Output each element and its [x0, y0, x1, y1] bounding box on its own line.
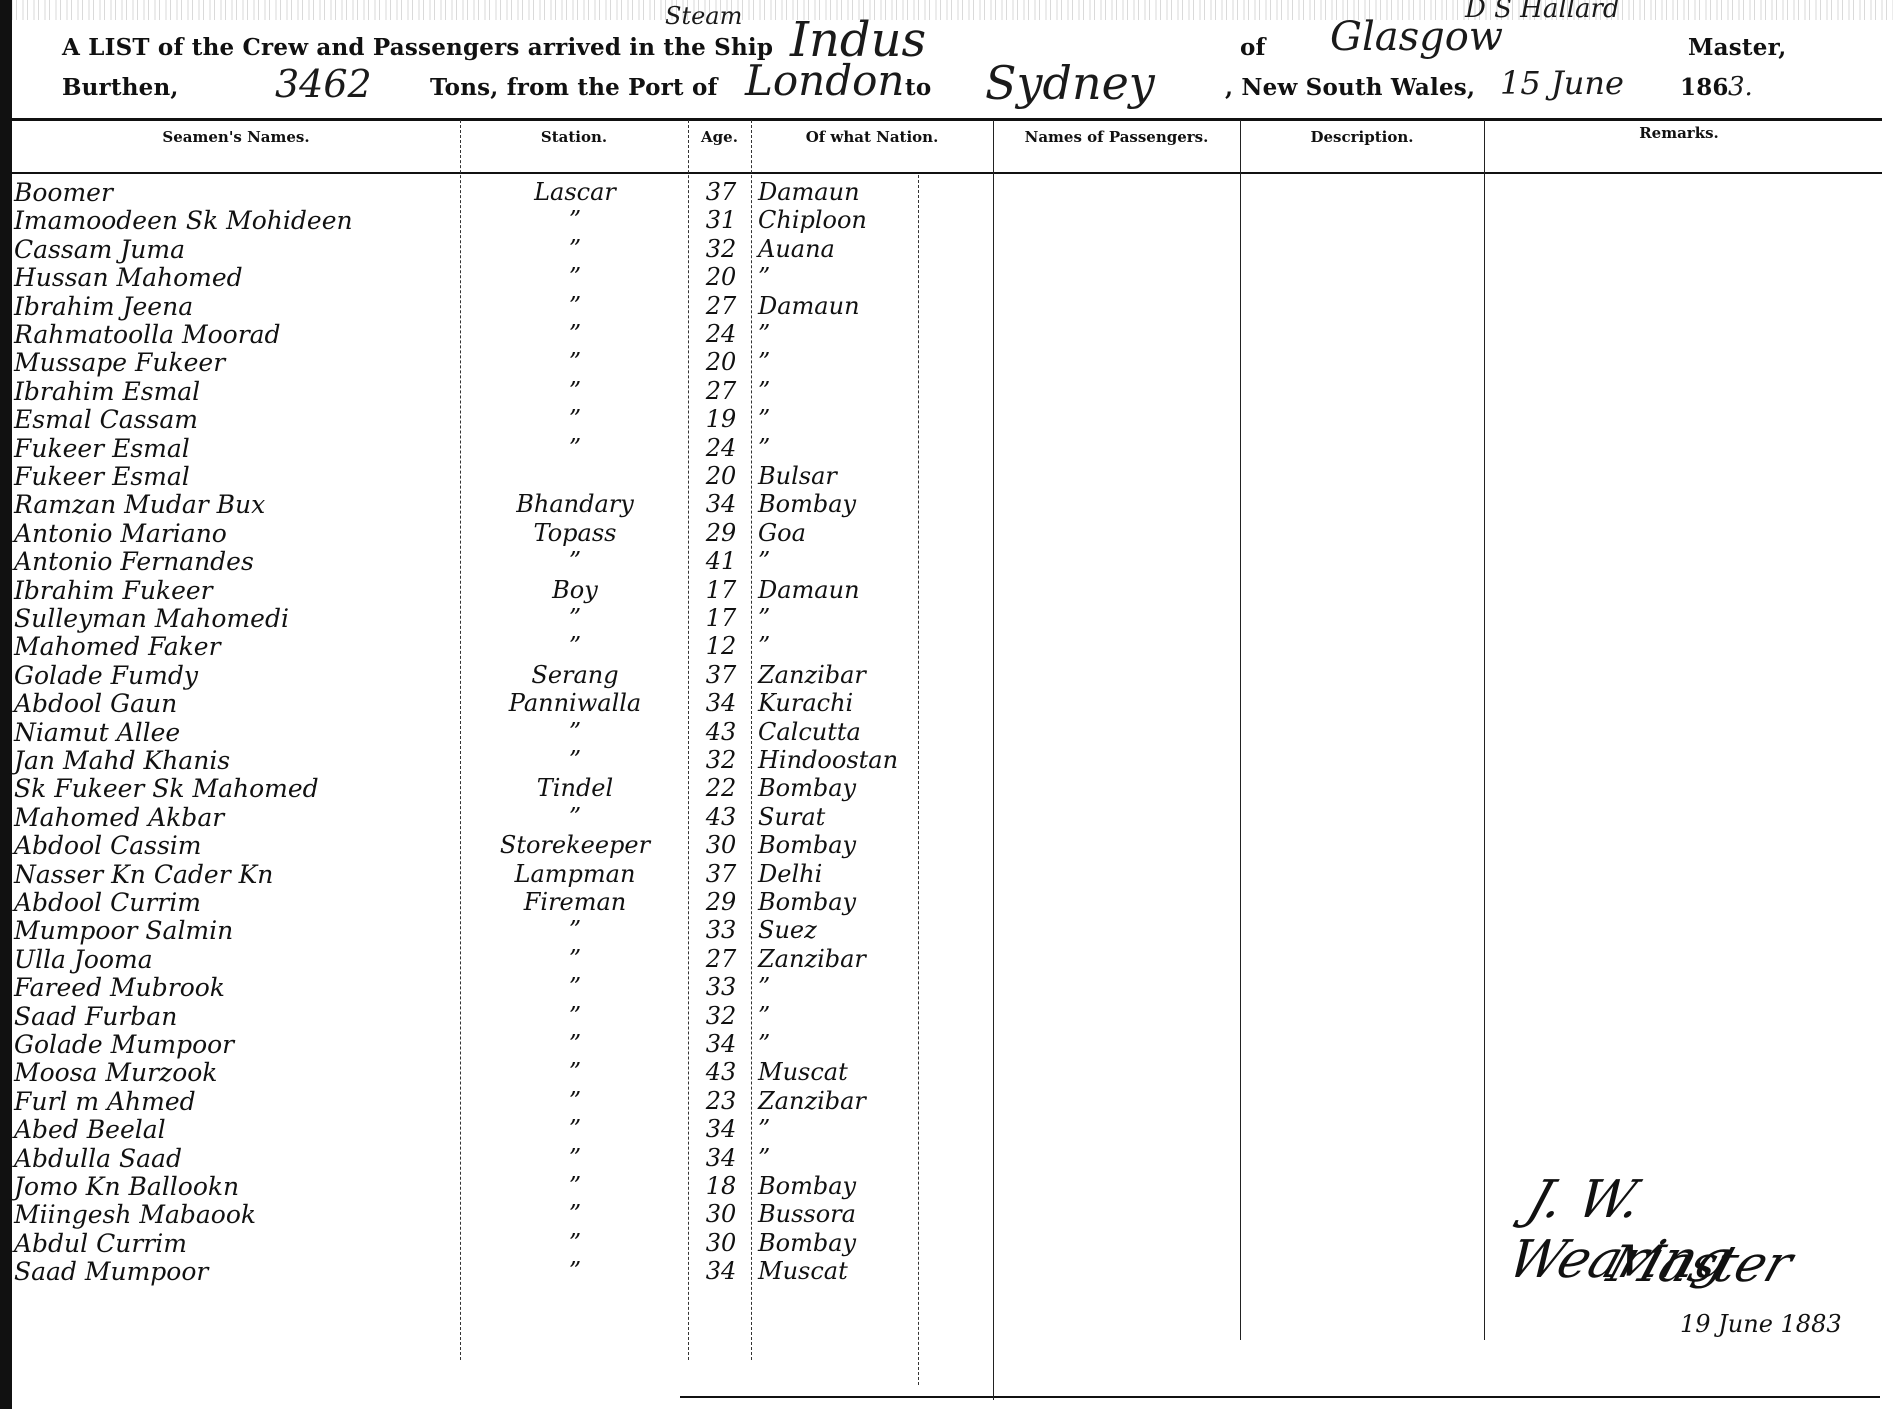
crew-station: ”: [462, 1257, 688, 1285]
crew-nation: Damaun: [752, 576, 948, 604]
crew-age: 34: [690, 1257, 752, 1285]
crew-row: Golade Mumpoor”34”: [0, 1030, 1000, 1060]
crew-row: Hussan Mahomed”20”: [0, 263, 1000, 293]
crew-nation: ”: [752, 348, 948, 376]
crew-nation: Kurachi: [752, 689, 948, 717]
column-header-age: Age.: [688, 128, 751, 146]
burthen-tons-handwritten: 3462: [275, 62, 372, 106]
crew-row: Sk Fukeer Sk MahomedTindel22Bombay: [0, 774, 1000, 804]
crew-station: ”: [462, 292, 688, 320]
crew-row: Abdulla Saad”34”: [0, 1144, 1000, 1174]
master-signature: J. W. Wearing Master 19 June 1883: [1520, 1170, 1860, 1380]
crew-station: ”: [462, 1058, 688, 1086]
crew-row: Miingesh Mabaook”30Bussora: [0, 1200, 1000, 1230]
crew-name: Golade Fumdy: [14, 661, 198, 690]
crew-name: Fukeer Esmal: [14, 434, 190, 463]
crew-station: ”: [462, 945, 688, 973]
crew-age: 34: [690, 1115, 752, 1143]
crew-nation: ”: [752, 1030, 948, 1058]
crew-age: 32: [690, 746, 752, 774]
crew-row: Abdul Currim”30Bombay: [0, 1229, 1000, 1259]
crew-age: 29: [690, 519, 752, 547]
crew-station: ”: [462, 1172, 688, 1200]
crew-nation: ”: [752, 263, 948, 291]
crew-row: Jomo Kn Ballookn”18Bombay: [0, 1172, 1000, 1202]
crew-name: Imamoodeen Sk Mohideen: [14, 206, 353, 235]
crew-station: ”: [462, 604, 688, 632]
crew-name: Abed Beelal: [14, 1115, 166, 1144]
crew-row: Imamoodeen Sk Mohideen”31Chiploon: [0, 206, 1000, 236]
crew-row: Rahmatoolla Moorad”24”: [0, 320, 1000, 350]
column-header-rule: [12, 172, 1882, 174]
crew-nation: ”: [752, 434, 948, 462]
crew-name: Jomo Kn Ballookn: [14, 1172, 239, 1201]
crew-nation: Auana: [752, 235, 948, 263]
crew-nation: Hindoostan: [752, 746, 948, 774]
crew-age: 23: [690, 1087, 752, 1115]
crew-station: Lascar: [462, 178, 688, 206]
crew-nation: Calcutta: [752, 718, 948, 746]
crew-nation: ”: [752, 604, 948, 632]
crew-age: 20: [690, 462, 752, 490]
crew-nation: ”: [752, 973, 948, 1001]
tons-from-label: Tons, from the Port of: [430, 74, 718, 101]
crew-row: Esmal Cassam”19”: [0, 405, 1000, 435]
crew-nation: Zanzibar: [752, 945, 948, 973]
crew-name: Ibrahim Esmal: [14, 377, 200, 406]
year-digit-handwritten: 3.: [1728, 72, 1753, 102]
crew-station: ”: [462, 348, 688, 376]
crew-nation: ”: [752, 1144, 948, 1172]
crew-nation: ”: [752, 547, 948, 575]
crew-nation: ”: [752, 1002, 948, 1030]
crew-row: Cassam Juma”32Auana: [0, 235, 1000, 265]
crew-row: Fukeer Esmal”24”: [0, 434, 1000, 464]
crew-row: Antonio MarianoTopass29Goa: [0, 519, 1000, 549]
crew-station: ”: [462, 1002, 688, 1030]
crew-station: ”: [462, 405, 688, 433]
of-label: of: [1240, 34, 1266, 61]
header-line1-text: A LIST of the Crew and Passengers arrive…: [62, 34, 773, 61]
crew-age: 32: [690, 235, 752, 263]
crew-name: Golade Mumpoor: [14, 1030, 234, 1059]
crew-name: Mahomed Akbar: [14, 803, 224, 832]
crew-row: Abed Beelal”34”: [0, 1115, 1000, 1145]
crew-name: Abdool Gaun: [14, 689, 177, 718]
crew-row: Antonio Fernandes”41”: [0, 547, 1000, 577]
crew-age: 24: [690, 320, 752, 348]
crew-nation: Bulsar: [752, 462, 948, 490]
crew-row: Mussape Fukeer”20”: [0, 348, 1000, 378]
crew-name: Nasser Kn Cader Kn: [14, 860, 273, 889]
crew-station: Boy: [462, 576, 688, 604]
column-header-description: Description.: [1240, 128, 1484, 146]
crew-station: ”: [462, 1144, 688, 1172]
crew-row: Mumpoor Salmin”33Suez: [0, 916, 1000, 946]
crew-row: BoomerLascar37Damaun: [0, 178, 1000, 208]
to-port-handwritten: Sydney: [985, 56, 1155, 110]
crew-age: 22: [690, 774, 752, 802]
crew-nation: Chiploon: [752, 206, 948, 234]
crew-station: Lampman: [462, 860, 688, 888]
crew-nation: Muscat: [752, 1058, 948, 1086]
crew-station: ”: [462, 1229, 688, 1257]
crew-name: Fukeer Esmal: [14, 462, 190, 491]
crew-name: Abdul Currim: [14, 1229, 187, 1258]
crew-age: 27: [690, 377, 752, 405]
crew-station: ”: [462, 1115, 688, 1143]
crew-age: 34: [690, 1030, 752, 1058]
crew-station: ”: [462, 263, 688, 291]
divider-description: [1240, 120, 1241, 1340]
signature-title-handwritten: Master: [1601, 1235, 1800, 1293]
crew-nation: Bombay: [752, 888, 948, 916]
column-header-station: Station.: [460, 128, 688, 146]
crew-row: Ulla Jooma”27Zanzibar: [0, 945, 1000, 975]
crew-nation: ”: [752, 377, 948, 405]
crew-row: Ramzan Mudar BuxBhandary34Bombay: [0, 490, 1000, 520]
crew-nation: Bombay: [752, 490, 948, 518]
crew-age: 27: [690, 292, 752, 320]
crew-age: 20: [690, 348, 752, 376]
crew-station: ”: [462, 718, 688, 746]
crew-name: Ulla Jooma: [14, 945, 153, 974]
to-label: to: [905, 74, 931, 101]
crew-row: Saad Mumpoor”34Muscat: [0, 1257, 1000, 1287]
crew-age: 33: [690, 973, 752, 1001]
crew-station: ”: [462, 803, 688, 831]
crew-age: 17: [690, 576, 752, 604]
ship-type-handwritten: Steam: [665, 2, 742, 30]
crew-nation: ”: [752, 320, 948, 348]
crew-age: 37: [690, 860, 752, 888]
crew-name: Abdulla Saad: [14, 1144, 182, 1173]
arrival-date-handwritten: 15 June: [1500, 64, 1624, 102]
crew-station: ”: [462, 235, 688, 263]
crew-row: Ibrahim FukeerBoy17Damaun: [0, 576, 1000, 606]
crew-name: Hussan Mahomed: [14, 263, 243, 292]
crew-station: Topass: [462, 519, 688, 547]
crew-name: Cassam Juma: [14, 235, 185, 264]
crew-name: Esmal Cassam: [14, 405, 198, 434]
crew-name: Ramzan Mudar Bux: [14, 490, 265, 519]
crew-name: Antonio Fernandes: [14, 547, 254, 576]
crew-row: Ibrahim Jeena”27Damaun: [0, 292, 1000, 322]
crew-name: Mumpoor Salmin: [14, 916, 233, 945]
crew-name: Abdool Currim: [14, 888, 201, 917]
column-header-passenger-names: Names of Passengers.: [993, 128, 1240, 146]
crew-name: Miingesh Mabaook: [14, 1200, 256, 1229]
crew-age: 12: [690, 632, 752, 660]
master-label: Master,: [1688, 34, 1786, 61]
crew-age: 34: [690, 1144, 752, 1172]
crew-name: Sk Fukeer Sk Mahomed: [14, 774, 319, 803]
crew-station: Fireman: [462, 888, 688, 916]
crew-nation: Delhi: [752, 860, 948, 888]
crew-name: Furl m Ahmed: [14, 1087, 196, 1116]
from-port-handwritten: London: [745, 56, 904, 105]
crew-row: Golade FumdySerang37Zanzibar: [0, 661, 1000, 691]
crew-age: 41: [690, 547, 752, 575]
crew-name: Moosa Murzook: [14, 1058, 217, 1087]
crew-station: Tindel: [462, 774, 688, 802]
crew-station: ”: [462, 434, 688, 462]
crew-nation: Damaun: [752, 292, 948, 320]
crew-age: 19: [690, 405, 752, 433]
crew-name: Boomer: [14, 178, 113, 207]
crew-station: ”: [462, 916, 688, 944]
crew-nation: Bombay: [752, 1172, 948, 1200]
crew-age: 30: [690, 1200, 752, 1228]
crew-station: Serang: [462, 661, 688, 689]
crew-row: Fareed Mubrook”33”: [0, 973, 1000, 1003]
crew-nation: Goa: [752, 519, 948, 547]
crew-age: 37: [690, 661, 752, 689]
crew-row: Abdool GaunPanniwalla34Kurachi: [0, 689, 1000, 719]
crew-nation: Surat: [752, 803, 948, 831]
crew-age: 31: [690, 206, 752, 234]
crew-row: Ibrahim Esmal”27”: [0, 377, 1000, 407]
crew-name: Antonio Mariano: [14, 519, 227, 548]
crew-nation: Zanzibar: [752, 661, 948, 689]
year-printed: 186: [1680, 74, 1729, 101]
crew-age: 17: [690, 604, 752, 632]
crew-name: Niamut Allee: [14, 718, 180, 747]
burthen-label: Burthen,: [62, 74, 179, 101]
crew-age: 43: [690, 718, 752, 746]
column-header-remarks: Remarks.: [1484, 124, 1874, 142]
crew-row: Saad Furban”32”: [0, 1002, 1000, 1032]
divider-remarks: [1484, 120, 1485, 1340]
crew-row: Mahomed Faker”12”: [0, 632, 1000, 662]
crew-nation: Damaun: [752, 178, 948, 206]
crew-row: Abdool CurrimFireman29Bombay: [0, 888, 1000, 918]
crew-row: Niamut Allee”43Calcutta: [0, 718, 1000, 748]
crew-nation: Bombay: [752, 1229, 948, 1257]
crew-station: ”: [462, 973, 688, 1001]
crew-age: 30: [690, 1229, 752, 1257]
crew-station: ”: [462, 547, 688, 575]
crew-nation: ”: [752, 1115, 948, 1143]
crew-nation: ”: [752, 405, 948, 433]
crew-row: Nasser Kn Cader KnLampman37Delhi: [0, 860, 1000, 890]
new-south-wales-label: , New South Wales,: [1225, 74, 1475, 101]
crew-name: Saad Furban: [14, 1002, 177, 1031]
crew-station: Panniwalla: [462, 689, 688, 717]
crew-name: Ibrahim Jeena: [14, 292, 193, 321]
crew-nation: Zanzibar: [752, 1087, 948, 1115]
crew-age: 33: [690, 916, 752, 944]
master-name-handwritten: D S Hallard: [1465, 0, 1620, 24]
crew-age: 30: [690, 831, 752, 859]
column-header-nation: Of what Nation.: [751, 128, 993, 146]
crew-row: Jan Mahd Khanis”32Hindoostan: [0, 746, 1000, 776]
crew-name: Mussape Fukeer: [14, 348, 225, 377]
crew-station: ”: [462, 746, 688, 774]
crew-nation: Bombay: [752, 774, 948, 802]
crew-name: Abdool Cassim: [14, 831, 202, 860]
crew-station: ”: [462, 377, 688, 405]
crew-age: 32: [690, 1002, 752, 1030]
crew-age: 43: [690, 803, 752, 831]
crew-name: Mahomed Faker: [14, 632, 221, 661]
crew-row: Mahomed Akbar”43Surat: [0, 803, 1000, 833]
crew-age: 20: [690, 263, 752, 291]
crew-age: 37: [690, 178, 752, 206]
crew-nation: Bombay: [752, 831, 948, 859]
crew-name: Jan Mahd Khanis: [14, 746, 230, 775]
column-header-seamen-names: Seamen's Names.: [12, 128, 460, 146]
crew-station: ”: [462, 320, 688, 348]
signature-date-handwritten: 19 June 1883: [1680, 1310, 1842, 1338]
crew-station: ”: [462, 632, 688, 660]
crew-station: ”: [462, 1030, 688, 1058]
crew-nation: ”: [752, 632, 948, 660]
crew-nation: Muscat: [752, 1257, 948, 1285]
crew-name: Fareed Mubrook: [14, 973, 225, 1002]
crew-row: Sulleyman Mahomedi”17”: [0, 604, 1000, 634]
crew-age: 43: [690, 1058, 752, 1086]
crew-nation: Bussora: [752, 1200, 948, 1228]
crew-name: Sulleyman Mahomedi: [14, 604, 289, 633]
crew-row: Abdool CassimStorekeeper30Bombay: [0, 831, 1000, 861]
crew-age: 34: [690, 689, 752, 717]
crew-age: 24: [690, 434, 752, 462]
crew-age: 27: [690, 945, 752, 973]
crew-name: Ibrahim Fukeer: [14, 576, 213, 605]
crew-row: Fukeer Esmal20Bulsar: [0, 462, 1000, 492]
crew-station: ”: [462, 206, 688, 234]
crew-name: Saad Mumpoor: [14, 1257, 208, 1286]
crew-age: 18: [690, 1172, 752, 1200]
crew-station: Bhandary: [462, 490, 688, 518]
header-rule: [12, 118, 1882, 121]
crew-station: ”: [462, 1200, 688, 1228]
crew-row: Furl m Ahmed”23Zanzibar: [0, 1087, 1000, 1117]
crew-nation: Suez: [752, 916, 948, 944]
crew-station: Storekeeper: [462, 831, 688, 859]
crew-age: 29: [690, 888, 752, 916]
crew-name: Rahmatoolla Moorad: [14, 320, 281, 349]
crew-row: Moosa Murzook”43Muscat: [0, 1058, 1000, 1088]
crew-age: 34: [690, 490, 752, 518]
crew-station: ”: [462, 1087, 688, 1115]
bottom-rule: [680, 1396, 1880, 1398]
